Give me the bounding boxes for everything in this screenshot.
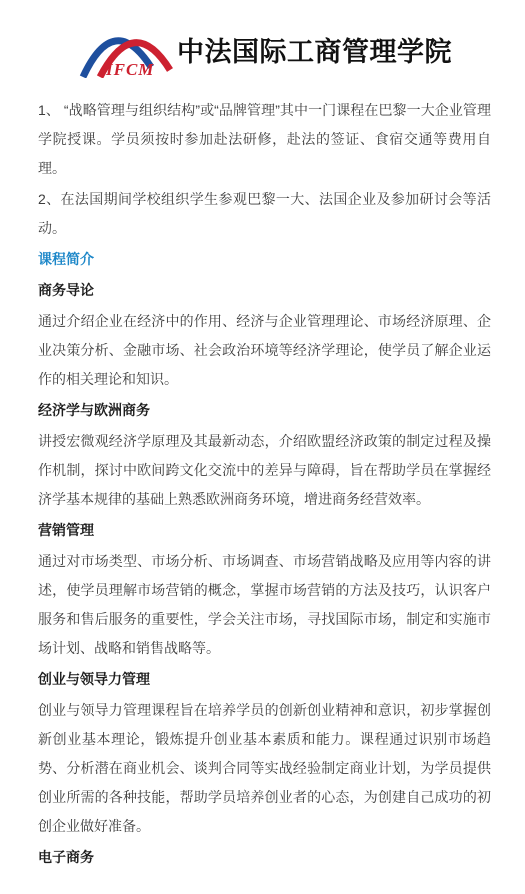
note-paragraph-2: 2、在法国期间学校组织学生参观巴黎一大、法国企业及参加研讨会等活动。 <box>38 185 491 243</box>
course-description: 通过对市场类型、市场分析、市场调查、市场营销战略及应用等内容的讲述，使学员理解市… <box>38 547 491 663</box>
ifcm-arch-logo-icon: IFCM <box>77 26 175 78</box>
document-page: IFCM 中法国际工商管理学院 1、 “战略管理与组织结构”或“品牌管理”其中一… <box>0 0 525 894</box>
note-paragraph-1: 1、 “战略管理与组织结构”或“品牌管理”其中一门课程在巴黎一大企业管理学院授课… <box>38 96 491 183</box>
school-logo: IFCM 中法国际工商管理学院 <box>38 26 491 78</box>
course-title: 经济学与欧洲商务 <box>38 396 491 425</box>
course-section: 经济学与欧洲商务 讲授宏微观经济学原理及其最新动态，介绍欧盟经济政策的制定过程及… <box>38 396 491 514</box>
school-name: 中法国际工商管理学院 <box>177 39 452 66</box>
course-description: 讲授宏微观经济学原理及其最新动态，介绍欧盟经济政策的制定过程及操作机制，探讨中欧… <box>38 427 491 514</box>
course-description: 创业与领导力管理课程旨在培养学员的创新创业精神和意识，初步掌握创新创业基本理论，… <box>38 696 491 841</box>
course-description: 通过介绍企业在经济中的作用、经济与企业管理理论、市场经济原理、企业决策分析、金融… <box>38 307 491 394</box>
course-section: 商务导论 通过介绍企业在经济中的作用、经济与企业管理理论、市场经济原理、企业决策… <box>38 276 491 394</box>
course-title: 营销管理 <box>38 516 491 545</box>
ifcm-abbr-text: IFCM <box>105 60 154 78</box>
course-section: 营销管理 通过对市场类型、市场分析、市场调查、市场营销战略及应用等内容的讲述，使… <box>38 516 491 663</box>
section-title-course-intro: 课程简介 <box>38 245 491 274</box>
course-title: 电子商务 <box>38 843 491 872</box>
course-title: 创业与领导力管理 <box>38 665 491 694</box>
course-section: 电子商务 <box>38 843 491 872</box>
course-title: 商务导论 <box>38 276 491 305</box>
course-section: 创业与领导力管理 创业与领导力管理课程旨在培养学员的创新创业精神和意识，初步掌握… <box>38 665 491 841</box>
course-list: 商务导论 通过介绍企业在经济中的作用、经济与企业管理理论、市场经济原理、企业决策… <box>38 276 491 872</box>
